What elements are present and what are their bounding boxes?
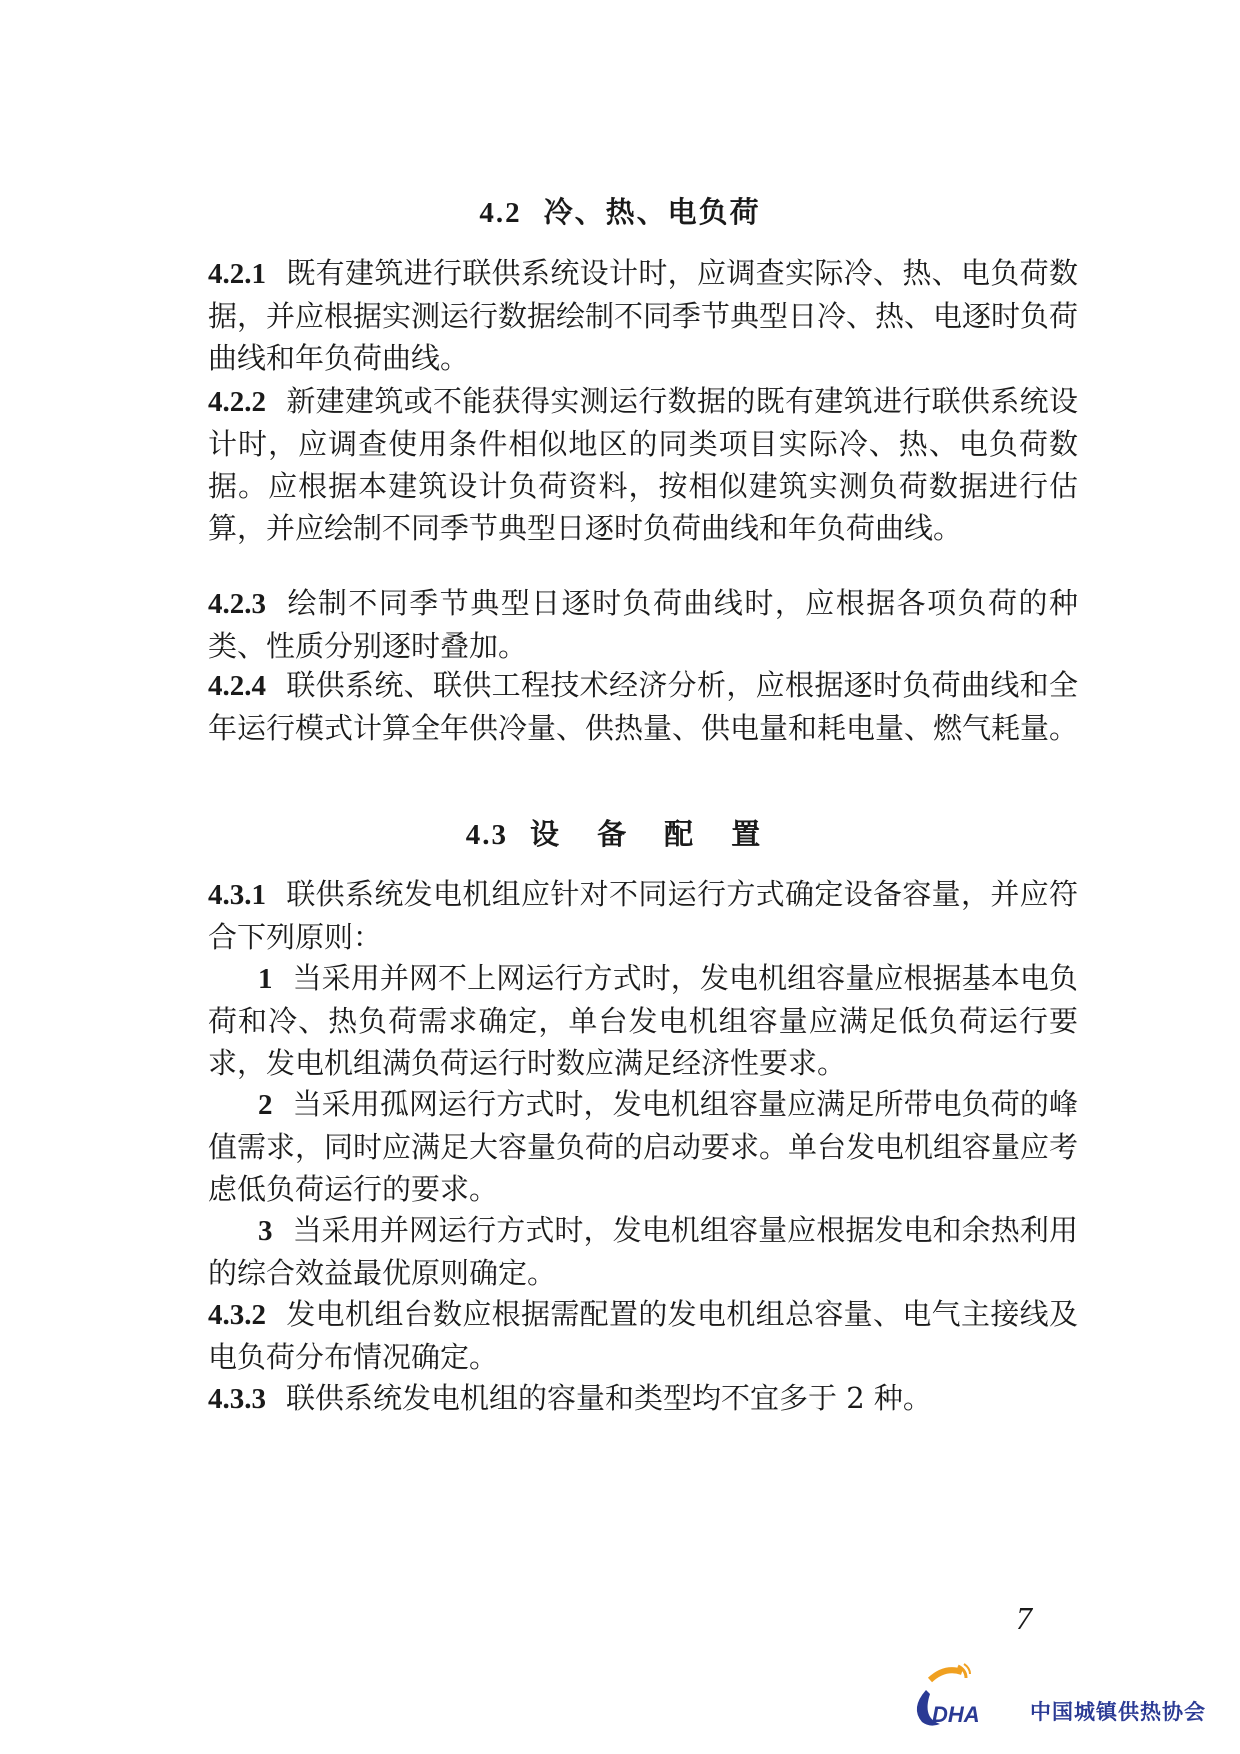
item-text: 当采用并网运行方式时，发电机组容量应根据发电和余热利用的综合效益最优原则确定。 (208, 1213, 1078, 1290)
clause-text: 新建建筑或不能获得实测运行数据的既有建筑进行联供系统设计时，应调查使用条件相似地… (208, 384, 1078, 545)
page-number: 7 (1016, 1600, 1032, 1637)
footer-logo: DHA 中国城镇供热协会 (900, 1660, 1230, 1730)
clause-text: 发电机组台数应根据需配置的发电机组总容量、电气主接线及电负荷分布情况确定。 (208, 1297, 1078, 1374)
section-heading: 冷、热、电负荷 (544, 195, 761, 229)
clause-text: 联供系统发电机组的容量和类型均不宜多于 2 种。 (286, 1381, 932, 1415)
section-heading: 设 备 配 置 (530, 817, 774, 851)
section-number: 4.3 (466, 819, 508, 851)
item-number: 2 (258, 1089, 273, 1121)
svg-text:DHA: DHA (932, 1702, 980, 1727)
clause-number: 4.3.3 (208, 1383, 266, 1415)
clause-4-2-2: 4.2.2新建建筑或不能获得实测运行数据的既有建筑进行联供系统设计时，应调查使用… (208, 380, 1078, 549)
item-2: 2当采用孤网运行方式时，发电机组容量应满足所带电负荷的峰值需求，同时应满足大容量… (208, 1083, 1078, 1210)
document-page: 4.2冷、热、电负荷 4.2.1既有建筑进行联供系统设计时，应调查实际冷、热、电… (0, 0, 1240, 1754)
item-number: 3 (258, 1215, 273, 1247)
clause-number: 4.2.4 (208, 670, 266, 702)
clause-number: 4.2.3 (208, 588, 266, 620)
dha-logo-icon: DHA (900, 1660, 1010, 1730)
clause-4-2-4: 4.2.4联供系统、联供工程技术经济分析，应根据逐时负荷曲线和全年运行模式计算全… (208, 664, 1078, 749)
section-title-4-2: 4.2冷、热、电负荷 (0, 190, 1240, 231)
item-number: 1 (258, 963, 273, 995)
clause-4-2-3: 4.2.3绘制不同季节典型日逐时负荷曲线时，应根据各项负荷的种类、性质分别逐时叠… (208, 582, 1078, 667)
clause-4-2-1: 4.2.1既有建筑进行联供系统设计时，应调查实际冷、热、电负荷数据，并应根据实测… (208, 252, 1078, 379)
section-title-4-3: 4.3设 备 配 置 (0, 812, 1240, 853)
clause-4-3-2: 4.3.2发电机组台数应根据需配置的发电机组总容量、电气主接线及电负荷分布情况确… (208, 1293, 1078, 1378)
item-1: 1当采用并网不上网运行方式时，发电机组容量应根据基本电负荷和冷、热负荷需求确定，… (208, 957, 1078, 1084)
organization-name: 中国城镇供热协会 (1030, 1696, 1206, 1726)
section-number: 4.2 (479, 197, 521, 229)
clause-number: 4.3.1 (208, 879, 266, 911)
clause-text: 联供系统发电机组应针对不同运行方式确定设备容量，并应符合下列原则： (208, 877, 1078, 954)
clause-number: 4.3.2 (208, 1299, 266, 1331)
clause-number: 4.2.2 (208, 386, 266, 418)
clause-text: 绘制不同季节典型日逐时负荷曲线时，应根据各项负荷的种类、性质分别逐时叠加。 (208, 586, 1078, 663)
clause-text: 既有建筑进行联供系统设计时，应调查实际冷、热、电负荷数据，并应根据实测运行数据绘… (208, 256, 1078, 375)
item-3: 3当采用并网运行方式时，发电机组容量应根据发电和余热利用的综合效益最优原则确定。 (208, 1209, 1078, 1294)
clause-4-3-3: 4.3.3联供系统发电机组的容量和类型均不宜多于 2 种。 (208, 1377, 1078, 1420)
clause-text: 联供系统、联供工程技术经济分析，应根据逐时负荷曲线和全年运行模式计算全年供冷量、… (208, 668, 1078, 745)
item-text: 当采用并网不上网运行方式时，发电机组容量应根据基本电负荷和冷、热负荷需求确定，单… (208, 961, 1078, 1080)
item-text: 当采用孤网运行方式时，发电机组容量应满足所带电负荷的峰值需求，同时应满足大容量负… (208, 1087, 1078, 1206)
clause-4-3-1: 4.3.1联供系统发电机组应针对不同运行方式确定设备容量，并应符合下列原则： (208, 873, 1078, 958)
clause-number: 4.2.1 (208, 258, 266, 290)
